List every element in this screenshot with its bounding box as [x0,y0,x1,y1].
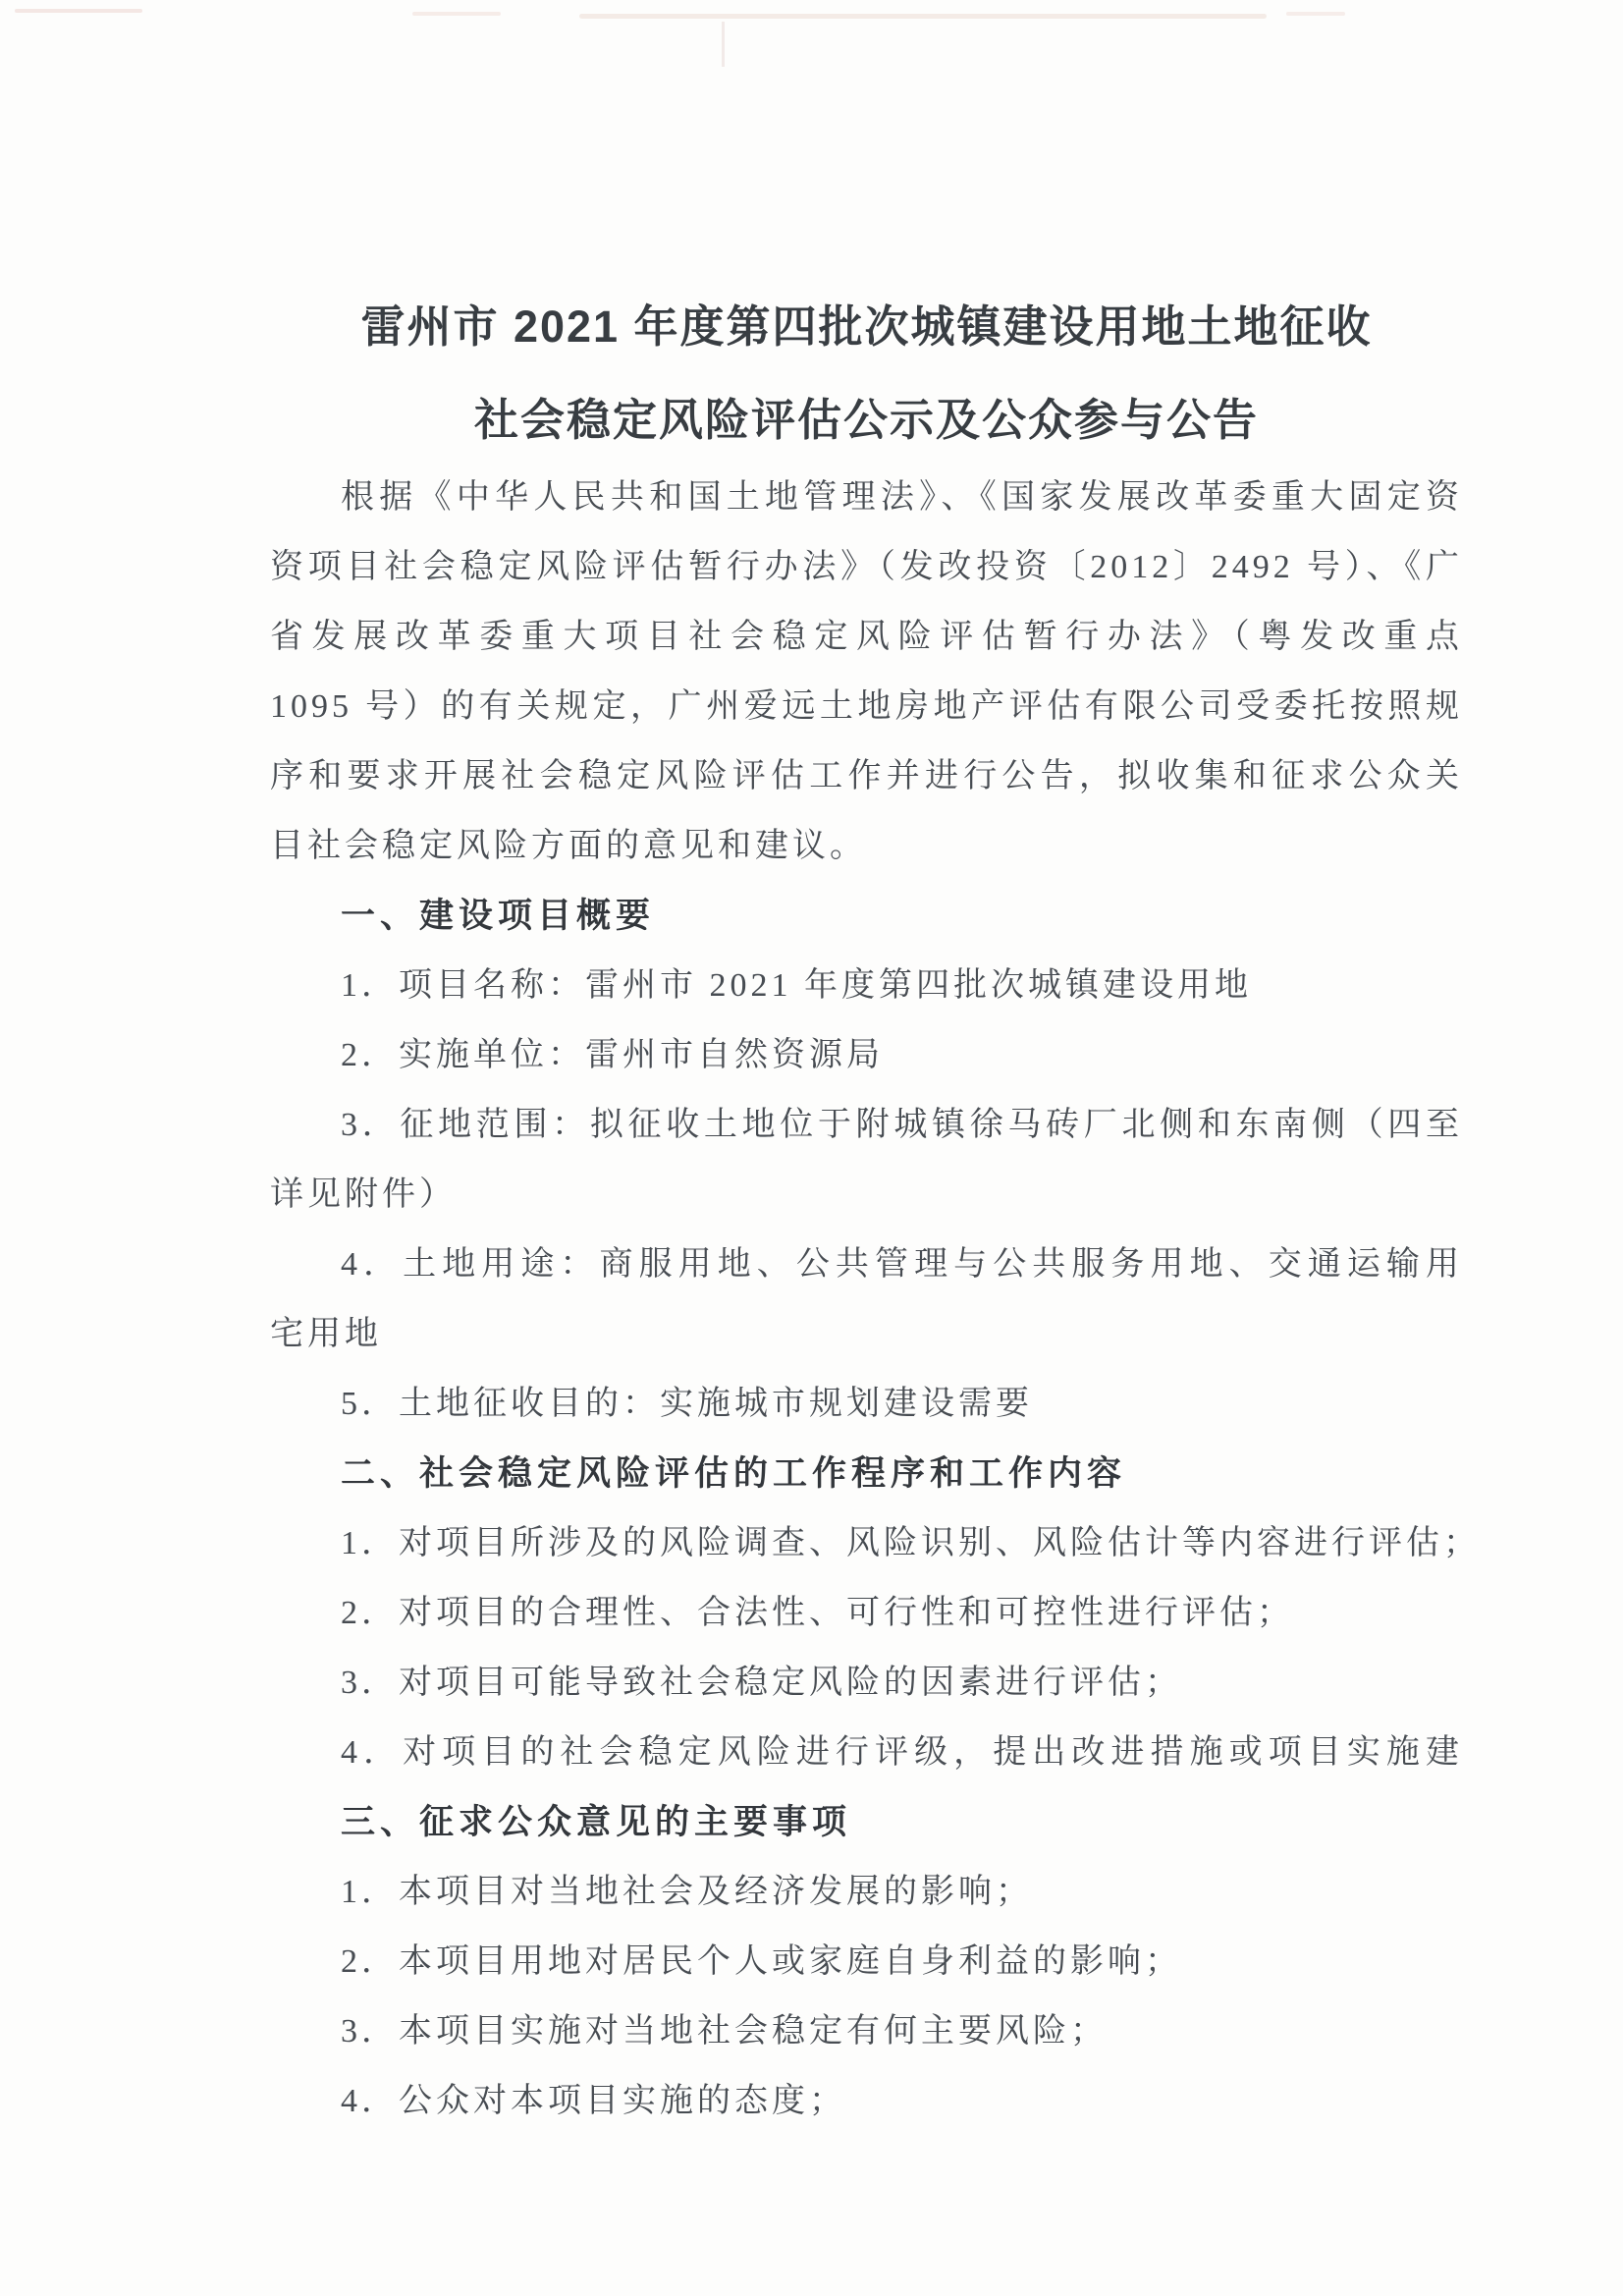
section-2-item-1: 1．对项目所涉及的风险调查、风险识别、风险估计等内容进行评估； [270,1508,1463,1578]
intro-line-4: 1095 号）的有关规定，广州爱远土地房地产评估有限公司受委托按照规定程 [270,672,1463,741]
section-1-item-3-continuation: 详见附件） [270,1160,1463,1230]
intro-line-3: 省发展改革委重大项目社会稳定风险评估暂行办法》（粤发改重点〔2012〕 [270,602,1463,672]
scan-artifact [722,22,725,67]
document-body: 根据《中华人民共和国土地管理法》、《国家发展改革委重大固定资产投 资项目社会稳定… [270,463,1463,2136]
section-1-item-5: 5．土地征收目的：实施城市规划建设需要 [270,1369,1463,1439]
scan-artifact [412,12,501,16]
section-1-item-4-continuation: 宅用地 [270,1299,1463,1369]
section-3-item-2: 2．本项目用地对居民个人或家庭自身利益的影响； [270,1927,1463,1996]
section-2-item-3: 3．对项目可能导致社会稳定风险的因素进行评估； [270,1648,1463,1718]
section-2-item-2: 2．对项目的合理性、合法性、可行性和可控性进行评估； [270,1578,1463,1648]
section-2-heading: 二、社会稳定风险评估的工作程序和工作内容 [270,1439,1463,1508]
intro-line-2: 资项目社会稳定风险评估暂行办法》（发改投资〔2012〕2492 号）、《广东 [270,532,1463,602]
section-1-heading: 一、建设项目概要 [270,881,1463,951]
section-1-item-2: 2．实施单位：雷州市自然资源局 [270,1020,1463,1090]
section-3-item-1: 1．本项目对当地社会及经济发展的影响； [270,1857,1463,1927]
intro-line-6: 目社会稳定风险方面的意见和建议。 [270,811,1463,881]
section-3-item-3: 3．本项目实施对当地社会稳定有何主要风险； [270,1996,1463,2066]
scanned-announcement-page: 雷州市 2021 年度第四批次城镇建设用地土地征收 社会稳定风险评估公示及公众参… [0,0,1623,2296]
title-line-2: 社会稳定风险评估公示及公众参与公告 [270,373,1463,466]
section-1-item-1: 1．项目名称：雷州市 2021 年度第四批次城镇建设用地 [270,951,1463,1020]
scan-artifact [579,14,1267,19]
section-1-item-3: 3．征地范围：拟征收土地位于附城镇徐马砖厂北侧和东南侧（四至范围 [270,1090,1463,1160]
title-line-1: 雷州市 2021 年度第四批次城镇建设用地土地征收 [270,280,1463,373]
intro-line-1: 根据《中华人民共和国土地管理法》、《国家发展改革委重大固定资产投 [270,463,1463,532]
scan-artifact [1286,12,1345,16]
section-1-item-4: 4．土地用途：商服用地、公共管理与公共服务用地、交通运输用地、住 [270,1230,1463,1299]
intro-line-5: 序和要求开展社会稳定风险评估工作并进行公告，拟收集和征求公众关于项 [270,741,1463,811]
document-title: 雷州市 2021 年度第四批次城镇建设用地土地征收 社会稳定风险评估公示及公众参… [270,280,1463,466]
section-3-item-4: 4．公众对本项目实施的态度； [270,2066,1463,2136]
section-3-heading: 三、征求公众意见的主要事项 [270,1787,1463,1857]
scan-artifact [15,9,142,13]
section-2-item-4: 4．对项目的社会稳定风险进行评级，提出改进措施或项目实施建议。 [270,1718,1463,1787]
